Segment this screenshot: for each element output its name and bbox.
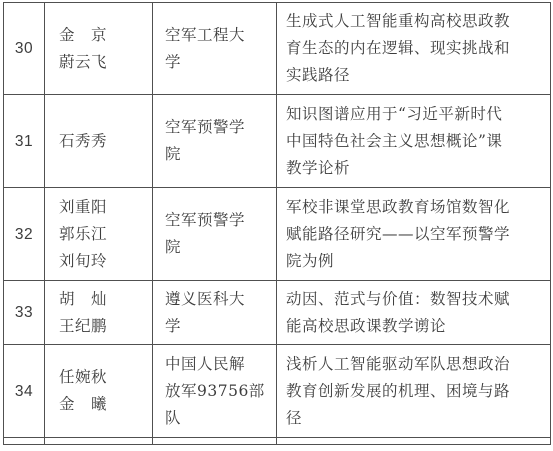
title-line: 育生态的内在逻辑、现实挑战和 [286,35,544,62]
unit-cell: 空军工程大 学 [153,3,277,95]
unit-cell [153,438,277,445]
authors-cell: 刘重阳 郭乐江 刘旬玲 [45,188,153,281]
title-line: 教学论析 [286,155,544,182]
authors-cell: 任婉秋 金 曦 [45,345,153,438]
title-cell: 生成式人工智能重构高校思政教 育生态的内在逻辑、现实挑战和 实践路径 [277,3,551,95]
unit-cell: 中国人民解 放军93756部 队 [153,345,277,438]
unit-cell: 遵义医科大 学 [153,281,277,345]
unit-line: 院 [165,141,268,168]
row-number: 31 [4,95,45,188]
title-cell: 军校非课堂思政教育场馆数智化 赋能路径研究——以空军预警学 院为例 [277,188,551,281]
title-line: 知识图谱应用于“习近平新时代 [286,101,544,128]
table-row: 34 任婉秋 金 曦 中国人民解 放军93756部 队 浅析人工智能驱动军队思想… [4,345,551,438]
unit-line: 空军预警学 [165,207,268,234]
title-line: 浅析人工智能驱动军队思想政治 [286,351,544,378]
title-line: 径 [286,405,544,432]
author-name: 任婉秋 [59,364,148,391]
author-name: 郭乐江 [59,221,148,248]
unit-line: 学 [165,49,268,76]
author-name: 刘重阳 [59,194,148,221]
unit-line: 遵义医科大 [165,286,268,313]
unit-line: 空军预警学 [165,114,268,141]
authors-cell [45,438,153,445]
title-line: 实践路径 [286,62,544,89]
authors-cell: 金 京 蔚云飞 [45,3,153,95]
author-name: 刘旬玲 [59,248,148,275]
title-line: 赋能路径研究——以空军预警学 [286,221,544,248]
title-line: 能高校思政课教学谫论 [286,313,544,340]
author-name: 蔚云飞 [59,49,148,76]
award-list-table: 30 金 京 蔚云飞 空军工程大 学 生成式人工智能重构高校思政教 育生态的内在… [3,2,551,445]
title-line: 生成式人工智能重构高校思政教 [286,8,544,35]
table-row-partial [4,438,551,445]
table-row: 31 石秀秀 空军预警学 院 知识图谱应用于“习近平新时代 中国特色社会主义思想… [4,95,551,188]
title-line: 动因、范式与价值：数智技术赋 [286,286,544,313]
author-name: 金 京 [59,22,148,49]
title-cell: 浅析人工智能驱动军队思想政治 教育创新发展的机理、困境与路 径 [277,345,551,438]
authors-cell: 胡 灿 王纪鹏 [45,281,153,345]
unit-line: 空军工程大 [165,22,268,49]
table-row: 33 胡 灿 王纪鹏 遵义医科大 学 动因、范式与价值：数智技术赋 能高校思政课… [4,281,551,345]
title-line: 军校非课堂思政教育场馆数智化 [286,194,544,221]
row-number: 30 [4,3,45,95]
unit-line: 放军93756部 [165,378,268,405]
table-row: 32 刘重阳 郭乐江 刘旬玲 空军预警学 院 军校非课堂思政教育场馆数智化 赋能… [4,188,551,281]
row-number [4,438,45,445]
row-number: 32 [4,188,45,281]
title-line: 中国特色社会主义思想概论”课 [286,128,544,155]
author-name: 胡 灿 [59,286,148,313]
unit-line: 中国人民解 [165,351,268,378]
title-cell [277,438,551,445]
title-cell: 动因、范式与价值：数智技术赋 能高校思政课教学谫论 [277,281,551,345]
unit-line: 院 [165,234,268,261]
unit-line: 学 [165,313,268,340]
unit-cell: 空军预警学 院 [153,95,277,188]
unit-cell: 空军预警学 院 [153,188,277,281]
title-line: 院为例 [286,248,544,275]
author-name: 王纪鹏 [59,313,148,340]
title-line: 教育创新发展的机理、困境与路 [286,378,544,405]
unit-line: 队 [165,405,268,432]
author-name: 石秀秀 [59,128,148,155]
table-row: 30 金 京 蔚云飞 空军工程大 学 生成式人工智能重构高校思政教 育生态的内在… [4,3,551,95]
author-name: 金 曦 [59,391,148,418]
authors-cell: 石秀秀 [45,95,153,188]
row-number: 34 [4,345,45,438]
title-cell: 知识图谱应用于“习近平新时代 中国特色社会主义思想概论”课 教学论析 [277,95,551,188]
row-number: 33 [4,281,45,345]
